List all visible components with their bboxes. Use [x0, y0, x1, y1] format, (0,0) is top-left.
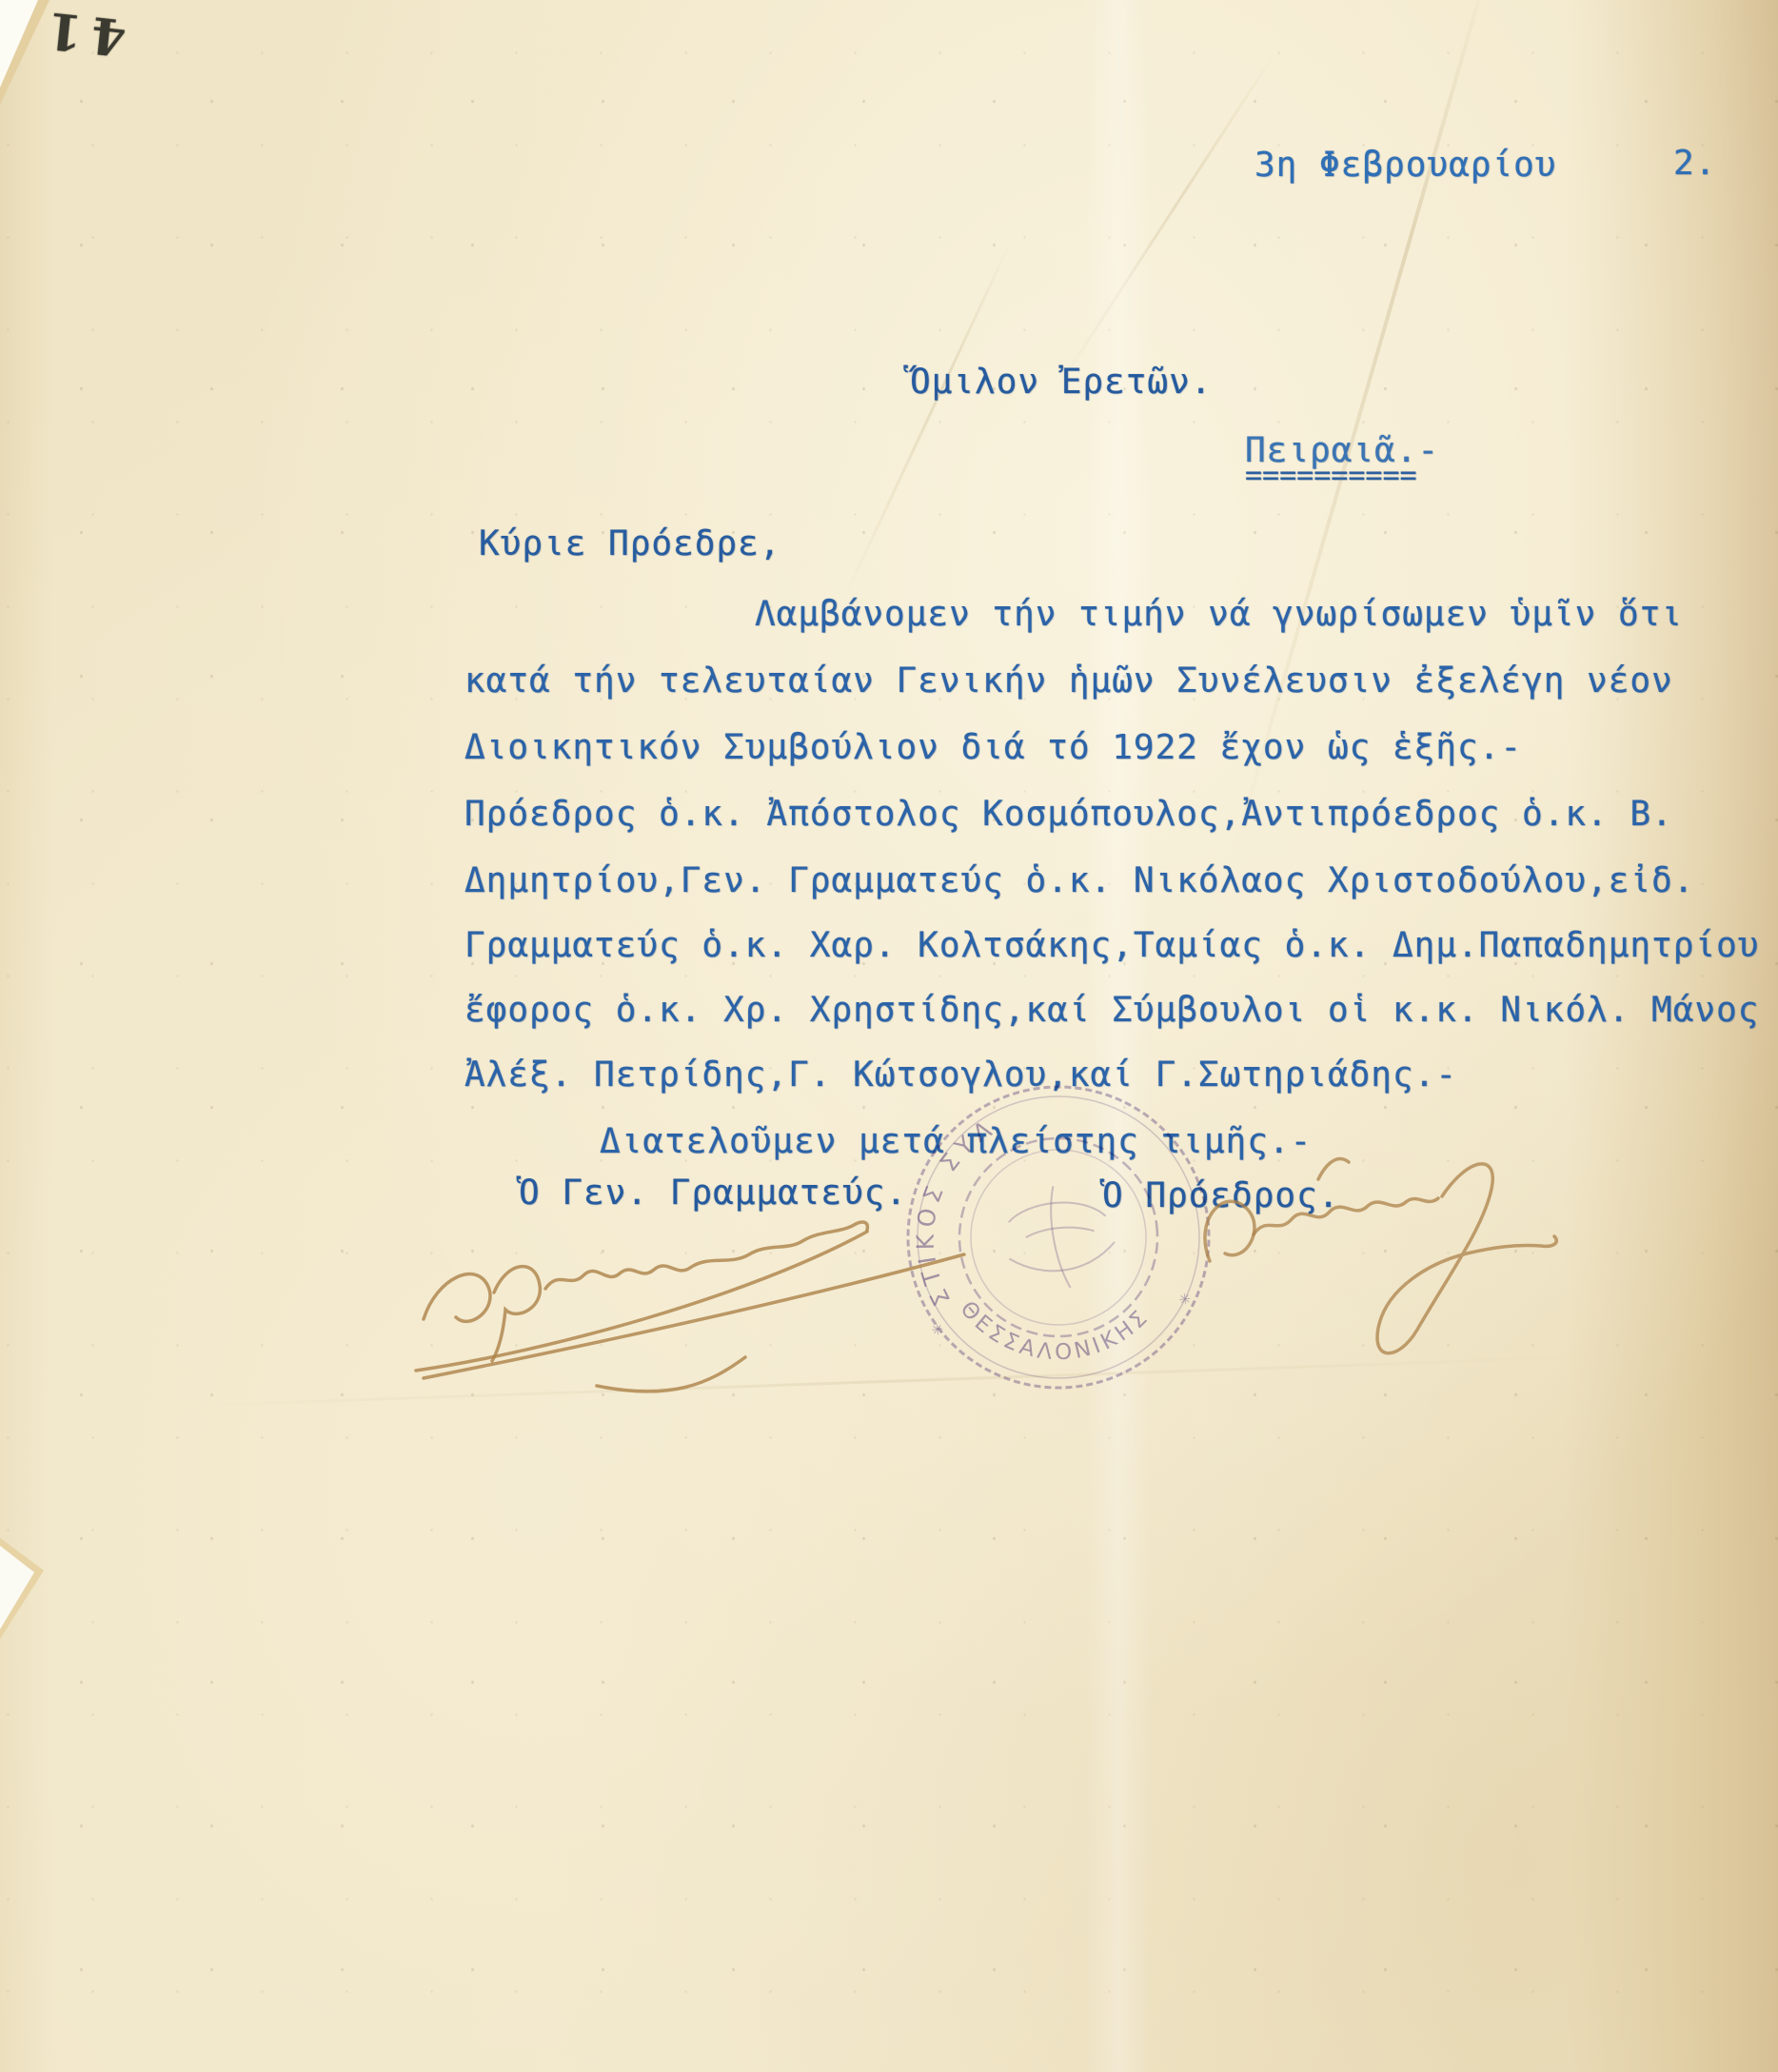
body-line: Δημητρίου,Γεν. Γραμματεύς ὁ.κ. Νικόλαος … [464, 860, 1694, 902]
letter-page: 41 3η Φεβρουαρίου 2. Ὅμιλον Ἐρετῶν. Πειρ… [0, 0, 1778, 2072]
paper-tear-edge [0, 1534, 44, 1639]
body-line: κατά τήν τελευταίαν Γενικήν ἡμῶν Συνέλευ… [464, 661, 1673, 702]
body-line: Διοικητικόν Συμβούλιον διά τό 1922 ἔχον … [464, 727, 1522, 769]
stamp-emblem [1001, 1179, 1119, 1294]
body-line: ἔφορος ὁ.κ. Χρ. Χρηστίδης,καί Σύμβουλοι … [464, 990, 1759, 1032]
city-underline: ========== [1245, 455, 1417, 497]
paper-crease [1085, 0, 1152, 2072]
date-text: 3η Φεβρουαρίου [1254, 145, 1556, 187]
body-line: Γραμματεύς ὁ.κ. Χαρ. Κολτσάκης,Ταμίας ὁ.… [464, 925, 1759, 967]
paper-tear-edge [0, 1542, 34, 1629]
secretary-signature [395, 1197, 1014, 1397]
paper-tear-corner [0, 0, 38, 88]
recipient-line: Ὅμιλον Ἐρετῶν. [910, 362, 1212, 404]
paper-texture [0, 0, 1778, 2072]
president-signature [1175, 1147, 1613, 1385]
salutation: Κύριε Πρόεδρε, [479, 523, 780, 565]
date-number: 2. [1673, 143, 1716, 185]
paper-crease [1053, 56, 1273, 393]
paper-crease [842, 237, 1014, 601]
body-line: Πρόεδρος ὁ.κ. Ἀπόστολος Κοσμόπουλος,Ἀντι… [464, 794, 1673, 836]
archive-number: 41 [35, 0, 128, 67]
body-line: Λαμβάνομεν τήν τιμήν νά γνωρίσωμεν ὑμῖν … [755, 594, 1683, 636]
